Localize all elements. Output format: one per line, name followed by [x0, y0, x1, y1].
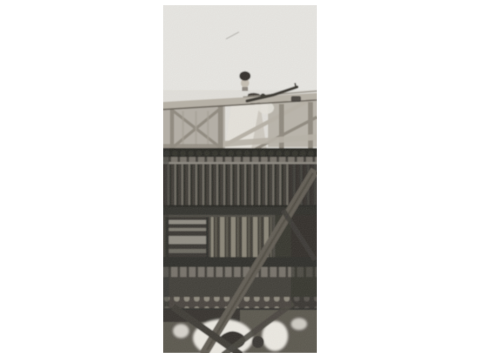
page-background: [0, 0, 480, 360]
film-grain-overlay: [163, 5, 317, 353]
vintage-photograph: [163, 5, 317, 353]
photograph-canvas: [163, 5, 317, 353]
